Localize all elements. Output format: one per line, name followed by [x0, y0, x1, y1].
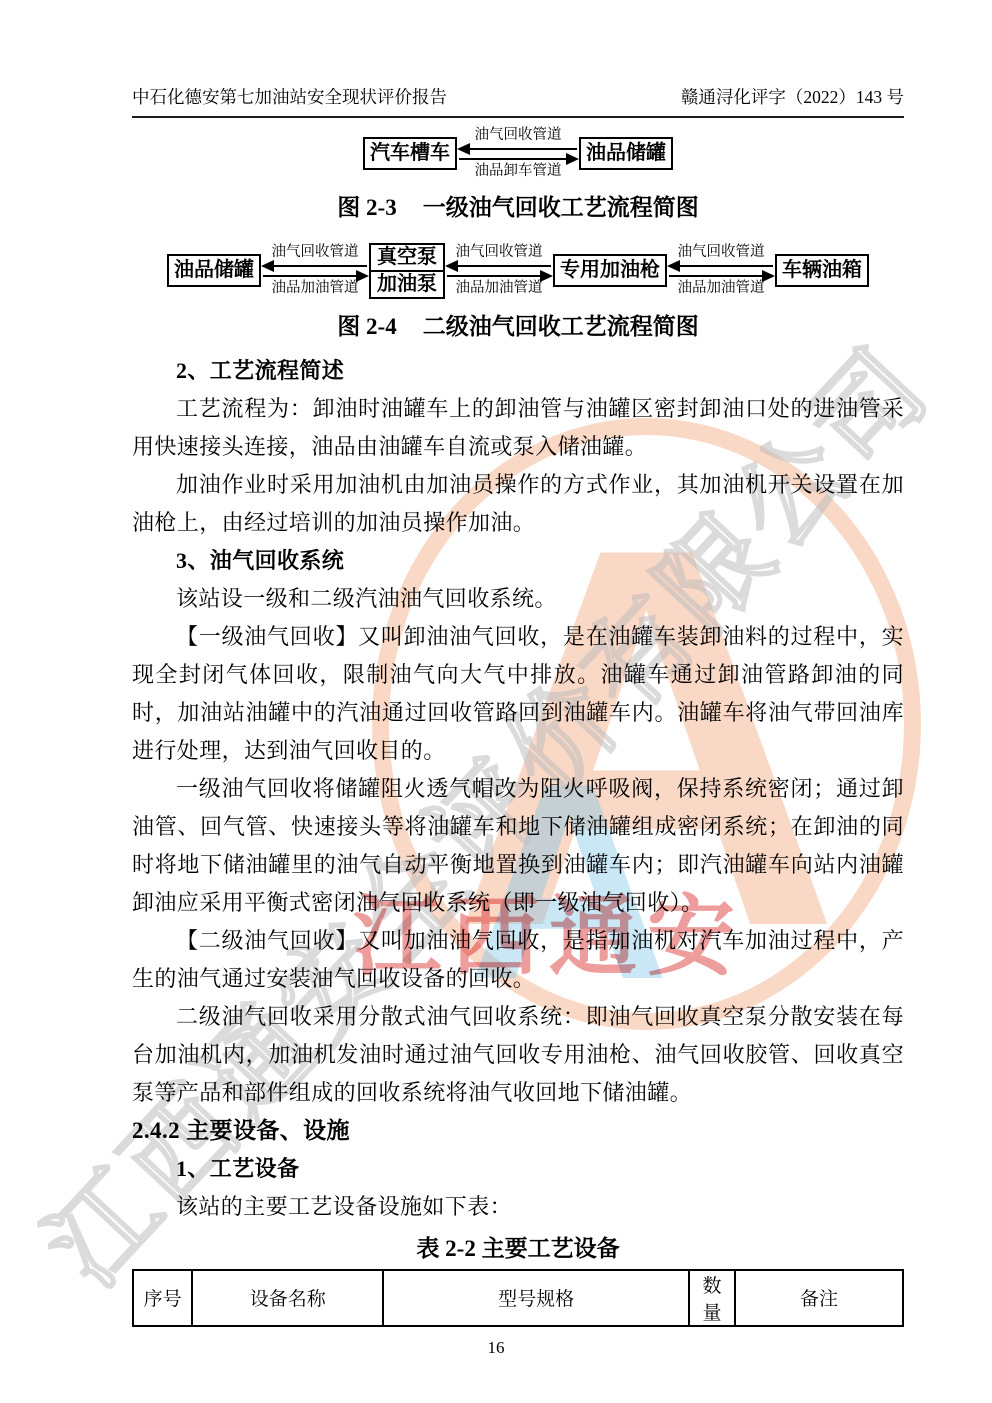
col-header-model-spec: 型号规格 — [383, 1270, 689, 1326]
figure-label: 图 2-4 — [337, 314, 396, 339]
figure-label: 图 2-3 — [337, 195, 396, 220]
arrow-right-icon — [459, 158, 577, 160]
figure-title: 一级油气回收工艺流程简图 — [423, 195, 699, 220]
diagram-link: 油气回收管道 油品加油管道 — [669, 245, 773, 297]
diagram-box-oil-storage-tank: 油品储罐 — [579, 137, 673, 170]
arrow-left-icon — [669, 265, 773, 267]
page-number: 16 — [0, 1338, 992, 1358]
paragraph: 工艺流程为：卸油时油罐车上的卸油管与油罐区密封卸油口处的进油管采用快速接头连接，… — [132, 390, 904, 466]
table-header-row: 序号 设备名称 型号规格 数量 备注 — [133, 1270, 903, 1326]
pipe-label-vapor-recovery: 油气回收管道 — [447, 245, 551, 261]
diagram-box-vacuum-pump-fuel-pump: 真空泵 加油泵 — [369, 243, 445, 299]
pipe-label-vapor-recovery: 油气回收管道 — [669, 245, 773, 261]
diagram-box-tank-truck: 汽车槽车 — [363, 137, 457, 170]
col-header-equipment-name: 设备名称 — [192, 1270, 383, 1326]
diagram-box-dedicated-nozzle: 专用加油枪 — [553, 254, 667, 287]
pipe-label-vapor-recovery: 油气回收管道 — [459, 128, 577, 144]
figure-2-4-diagram: 油品储罐 油气回收管道 油品加油管道 真空泵 加油泵 油气回收管道 油品加油管道… — [132, 243, 904, 299]
fuel-pump-label: 加油泵 — [371, 270, 443, 297]
arrow-left-icon — [459, 148, 577, 150]
paragraph: 该站的主要工艺设备设施如下表： — [132, 1188, 904, 1226]
heading-process-flow: 2、工艺流程简述 — [132, 352, 904, 390]
running-header: 中石化德安第七加油站安全现状评价报告 赣通浔化评字（2022）143 号 — [132, 84, 904, 118]
paragraph: 该站设一级和二级汽油油气回收系统。 — [132, 580, 904, 618]
page-content: 中石化德安第七加油站安全现状评价报告 赣通浔化评字（2022）143 号 汽车槽… — [0, 0, 992, 1327]
paragraph: 一级油气回收将储罐阻火透气帽改为阻火呼吸阀，保持系统密闭；通过卸油管、回气管、快… — [132, 770, 904, 922]
equipment-table: 序号 设备名称 型号规格 数量 备注 — [132, 1269, 904, 1327]
diagram-link: 油气回收管道 油品加油管道 — [447, 245, 551, 297]
header-document-number: 赣通浔化评字（2022）143 号 — [681, 84, 904, 109]
pipe-label-oil-filling: 油品加油管道 — [263, 281, 367, 297]
heading-process-equipment: 1、工艺设备 — [132, 1150, 904, 1188]
pipe-label-vapor-recovery: 油气回收管道 — [263, 245, 367, 261]
header-report-title: 中石化德安第七加油站安全现状评价报告 — [132, 84, 447, 109]
col-header-remarks: 备注 — [735, 1270, 903, 1326]
paragraph: 【二级油气回收】又叫加油油气回收，是指加油机对汽车加油过程中，产生的油气通过安装… — [132, 922, 904, 998]
paragraph: 加油作业时采用加油机由加油员操作的方式作业，其加油机开关设置在加油枪上，由经过培… — [132, 466, 904, 542]
vacuum-pump-label: 真空泵 — [371, 245, 443, 270]
arrow-left-icon — [263, 265, 367, 267]
arrow-left-icon — [447, 265, 551, 267]
paragraph: 【一级油气回收】又叫卸油油气回收，是在油罐车装卸油料的过程中，实现全封闭气体回收… — [132, 618, 904, 770]
heading-2-4-2-main-equipment: 2.4.2 主要设备、设施 — [132, 1112, 904, 1150]
diagram-link: 油气回收管道 油品加油管道 — [263, 245, 367, 297]
col-header-quantity: 数量 — [689, 1270, 735, 1326]
arrow-right-icon — [263, 275, 367, 277]
figure-2-4-caption: 图 2-4二级油气回收工艺流程简图 — [132, 310, 904, 344]
paragraph: 二级油气回收采用分散式油气回收系统：即油气回收真空泵分散安装在每台加油机内，加油… — [132, 998, 904, 1112]
arrow-right-icon — [447, 275, 551, 277]
figure-2-3-caption: 图 2-3一级油气回收工艺流程简图 — [132, 191, 904, 225]
pipe-label-oil-filling: 油品加油管道 — [447, 281, 551, 297]
pipe-label-oil-unloading: 油品卸车管道 — [459, 164, 577, 180]
body-text: 2、工艺流程简述 工艺流程为：卸油时油罐车上的卸油管与油罐区密封卸油口处的进油管… — [132, 352, 904, 1226]
diagram-box-oil-storage-tank: 油品储罐 — [167, 254, 261, 287]
diagram-link: 油气回收管道 油品卸车管道 — [459, 128, 577, 180]
pipe-label-oil-filling: 油品加油管道 — [669, 281, 773, 297]
arrow-right-icon — [669, 275, 773, 277]
table-2-2-caption: 表 2-2 主要工艺设备 — [132, 1232, 904, 1266]
document-page: A A 江西通安全评价有限公司 中石化德安第七加油站安全现状评价报告 赣通浔化评… — [0, 0, 992, 1403]
col-header-serial-number: 序号 — [133, 1270, 192, 1326]
diagram-box-vehicle-fuel-tank: 车辆油箱 — [775, 254, 869, 287]
figure-title: 二级油气回收工艺流程简图 — [423, 314, 699, 339]
figure-2-3-diagram: 汽车槽车 油气回收管道 油品卸车管道 油品储罐 — [132, 128, 904, 180]
heading-vapor-recovery-system: 3、油气回收系统 — [132, 542, 904, 580]
